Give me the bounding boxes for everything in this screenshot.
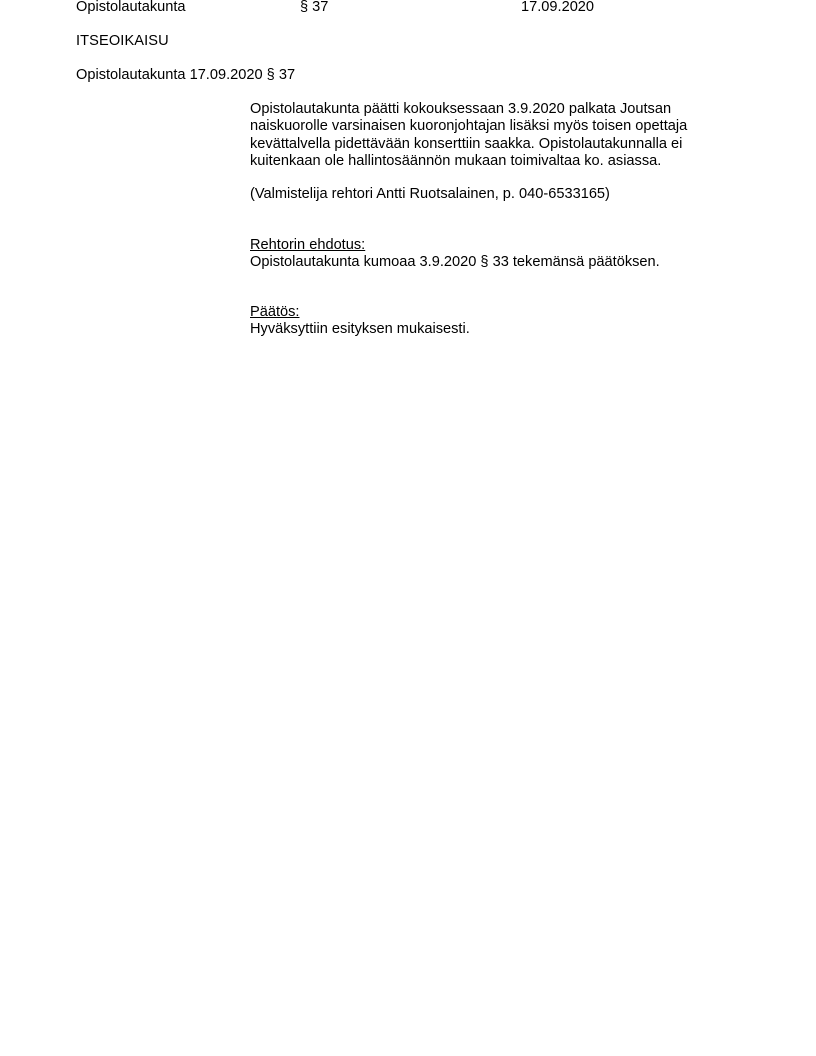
header-organization: Opistolautakunta [76,0,186,16]
case-description: Opistolautakunta päätti kokouksessaan 3.… [250,101,710,170]
header-date: 17.09.2020 [521,0,594,16]
case-title: ITSEOIKAISU [76,33,169,50]
proposal-text: Opistolautakunta kumoaa 3.9.2020 § 33 te… [250,254,660,271]
preparer-note: (Valmistelija rehtori Antti Ruotsalainen… [250,186,610,203]
description-line: naiskuorolle varsinaisen kuoronjohtajan … [250,118,710,135]
description-line: Opistolautakunta päätti kokouksessaan 3.… [250,101,710,118]
header-paragraph-number: § 37 [300,0,328,16]
proposal-heading: Rehtorin ehdotus: [250,237,365,254]
description-line: kuitenkaan ole hallintosäännön mukaan to… [250,153,710,170]
decision-heading: Päätös: [250,304,300,321]
description-line: kevättalvella pidettävään konserttiin sa… [250,136,710,153]
decision-text: Hyväksyttiin esityksen mukaisesti. [250,321,470,338]
case-reference: Opistolautakunta 17.09.2020 § 37 [76,67,295,84]
